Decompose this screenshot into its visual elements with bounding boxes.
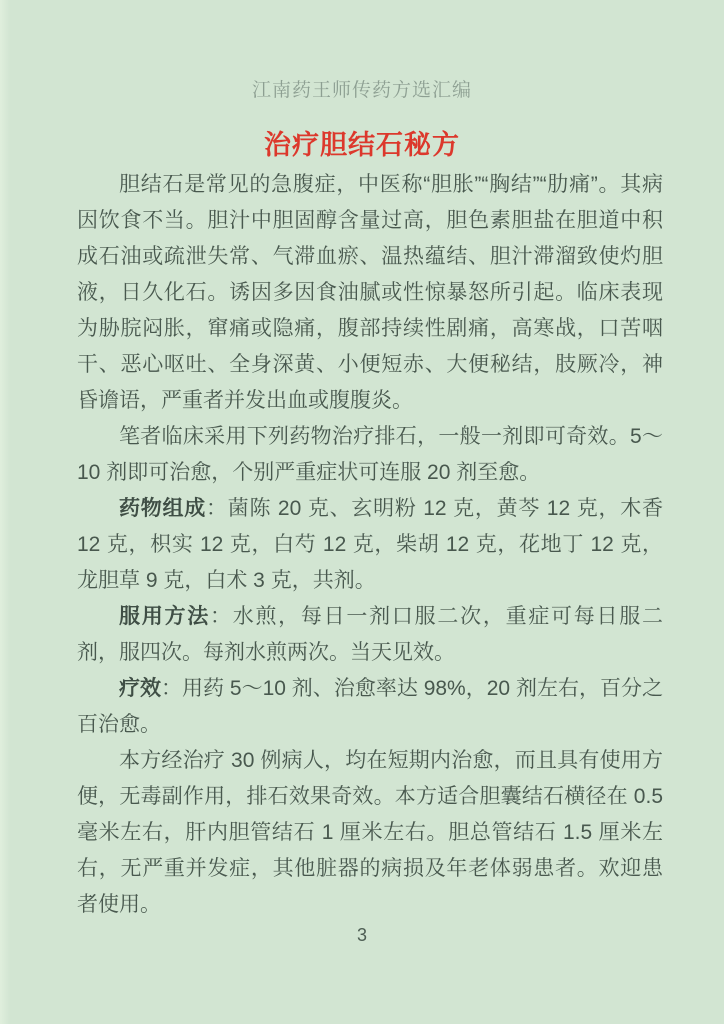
document-page: 江南药王师传药方选汇编 治疗胆结石秘方 胆结石是常见的急腹症，中医称“胆胀”“胸… — [0, 0, 724, 1024]
paragraph-text: ：用药 5～10 剂、治愈率达 98%，20 剂左右，百分之百治愈。 — [77, 677, 663, 736]
page-number: 3 — [0, 923, 724, 947]
paragraph-efficacy: 疗效：用药 5～10 剂、治愈率达 98%，20 剂左右，百分之百治愈。 — [77, 671, 663, 743]
paragraph-label: 服用方法 — [119, 605, 210, 628]
paragraph-label: 疗效 — [119, 677, 161, 700]
paragraph-label: 药物组成 — [119, 497, 206, 520]
paragraph-text: 本方经治疗 30 例病人，均在短期内治愈，而且具有使用方便，无毒副作用，排石效果… — [77, 749, 663, 916]
paragraph-usage-summary: 笔者临床采用下列药物治疗排石，一般一剂即可奇效。5～10 剂即可治愈，个别严重症… — [77, 419, 663, 491]
paragraph-dosage: 服用方法：水煎，每日一剂口服二次，重症可每日服二剂，服四次。每剂水煎两次。当天见… — [77, 599, 663, 671]
paragraph-results: 本方经治疗 30 例病人，均在短期内治愈，而且具有使用方便，无毒副作用，排石效果… — [77, 743, 663, 923]
paragraph-text: 胆结石是常见的急腹症，中医称“胆胀”“胸结”“肋痛”。其病因饮食不当。胆汁中胆固… — [77, 173, 663, 412]
page-title: 治疗胆结石秘方 — [0, 129, 724, 161]
document-body: 胆结石是常见的急腹症，中医称“胆胀”“胸结”“肋痛”。其病因饮食不当。胆汁中胆固… — [77, 167, 663, 923]
paragraph-text: 笔者临床采用下列药物治疗排石，一般一剂即可奇效。5～10 剂即可治愈，个别严重症… — [77, 425, 663, 484]
paragraph-ingredients: 药物组成：菌陈 20 克、玄明粉 12 克，黄芩 12 克，木香 12 克，枳实… — [77, 491, 663, 599]
paragraph-intro: 胆结石是常见的急腹症，中医称“胆胀”“胸结”“肋痛”。其病因饮食不当。胆汁中胆固… — [77, 167, 663, 419]
document-header: 江南药王师传药方选汇编 — [0, 79, 724, 103]
